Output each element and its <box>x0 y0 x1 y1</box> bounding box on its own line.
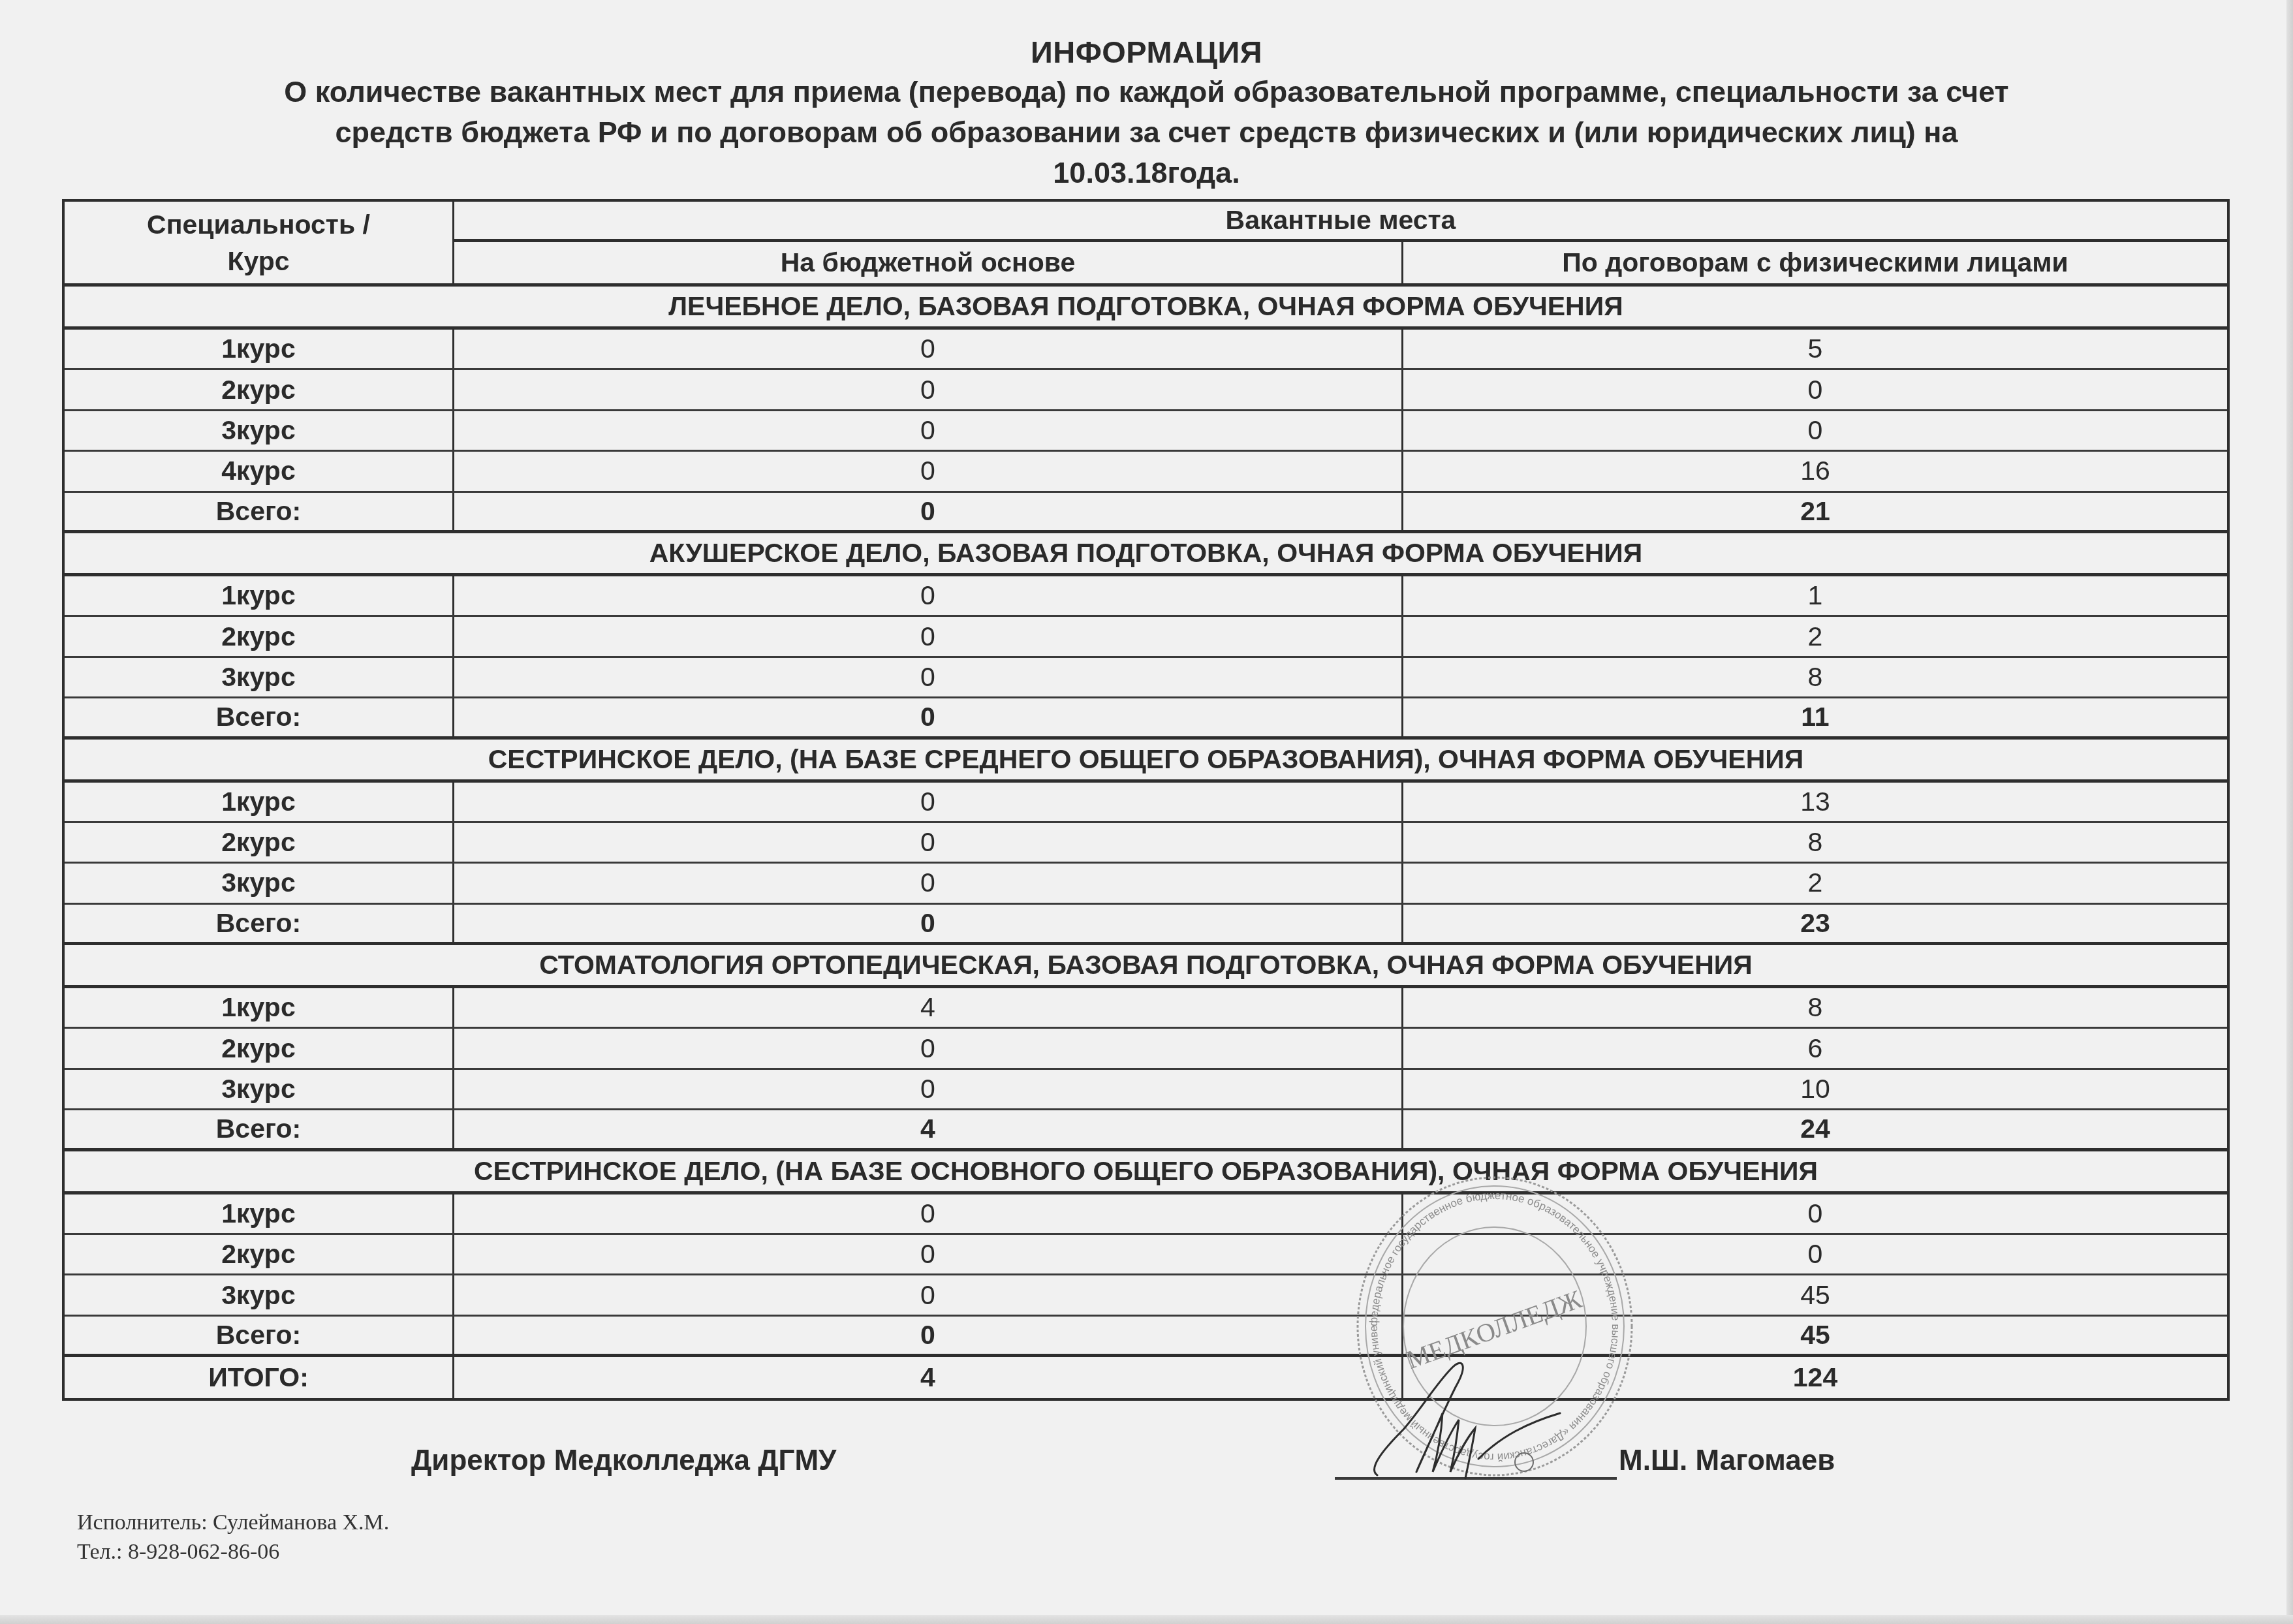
contract-value: 2 <box>1403 864 2227 902</box>
contract-value: 8 <box>1403 658 2227 696</box>
contract-value: 13 <box>1403 783 2227 821</box>
course-label: Всего: <box>65 1110 454 1148</box>
page-edge <box>2286 0 2293 1624</box>
contract-value: 5 <box>1403 330 2227 368</box>
contract-value: 8 <box>1403 823 2227 862</box>
header-contract: По договорам с физическими лицами <box>1403 242 2227 283</box>
signature-line <box>1335 1477 1617 1480</box>
contract-value: 6 <box>1403 1029 2227 1067</box>
table-row: 3курс010 <box>65 1070 2227 1110</box>
course-label: 3курс <box>65 658 454 696</box>
director-position: Директор Медколледжа ДГМУ <box>411 1444 836 1477</box>
contract-value: 0 <box>1403 1235 2227 1273</box>
table-row: 3курс045 <box>65 1275 2227 1316</box>
header-course-label: Курс <box>227 243 289 279</box>
budget-value: 4 <box>454 1110 1403 1148</box>
contract-value: 21 <box>1403 493 2227 530</box>
course-label: 1курс <box>65 1195 454 1233</box>
section-title: АКУШЕРСКОЕ ДЕЛО, БАЗОВАЯ ПОДГОТОВКА, ОЧН… <box>65 533 2227 576</box>
course-label: 3курс <box>65 864 454 902</box>
course-label: 2курс <box>65 370 454 409</box>
budget-value: 0 <box>454 1275 1403 1314</box>
course-label: 2курс <box>65 823 454 862</box>
course-label: Всего: <box>65 1317 454 1354</box>
budget-value: 0 <box>454 658 1403 696</box>
course-label: Всего: <box>65 698 454 736</box>
subtitle-line: 10.03.18года. <box>98 153 2195 193</box>
budget-value: 0 <box>454 1235 1403 1273</box>
budget-value: 0 <box>454 698 1403 736</box>
contract-value: 10 <box>1403 1070 2227 1108</box>
budget-value: 0 <box>454 1195 1403 1233</box>
section-total-row: Всего:424 <box>65 1110 2227 1151</box>
contract-value: 23 <box>1403 905 2227 942</box>
subtitle-line: О количестве вакантных мест для приема (… <box>98 72 2195 112</box>
budget-value: 0 <box>454 411 1403 450</box>
budget-value: 0 <box>454 1317 1403 1354</box>
table-row: 3курс00 <box>65 411 2227 452</box>
table-row: 1курс48 <box>65 988 2227 1029</box>
director-name: М.Ш. Магомаев <box>1619 1444 1835 1477</box>
budget-value: 0 <box>454 1029 1403 1067</box>
grand-total-budget: 4 <box>454 1357 1403 1398</box>
header-vacancies-group: Вакантные места На бюджетной основе По д… <box>454 202 2227 283</box>
table-body: ЛЕЧЕБНОЕ ДЕЛО, БАЗОВАЯ ПОДГОТОВКА, ОЧНАЯ… <box>65 287 2227 1398</box>
course-label: 1курс <box>65 783 454 821</box>
budget-value: 0 <box>454 576 1403 615</box>
section-title: СТОМАТОЛОГИЯ ОРТОПЕДИЧЕСКАЯ, БАЗОВАЯ ПОД… <box>65 945 2227 988</box>
table-row: 2курс02 <box>65 617 2227 657</box>
course-label: 3курс <box>65 1275 454 1314</box>
course-label: 2курс <box>65 1029 454 1067</box>
executor-phone: Тел.: 8-928-062-86-06 <box>77 1537 389 1567</box>
contract-value: 24 <box>1403 1110 2227 1148</box>
budget-value: 0 <box>454 783 1403 821</box>
header-vacancies: Вакантные места <box>454 202 2227 242</box>
course-label: 2курс <box>65 617 454 655</box>
course-label: 2курс <box>65 1235 454 1273</box>
section-title: ЛЕЧЕБНОЕ ДЕЛО, БАЗОВАЯ ПОДГОТОВКА, ОЧНАЯ… <box>65 287 2227 330</box>
table-row: 1курс00 <box>65 1195 2227 1235</box>
table-row: 4курс016 <box>65 452 2227 492</box>
table-row: 3курс02 <box>65 864 2227 904</box>
header-subcolumns: На бюджетной основе По договорам с физич… <box>454 242 2227 283</box>
course-label: 1курс <box>65 988 454 1027</box>
header-specialty-course: Специальность / Курс <box>65 202 454 283</box>
budget-value: 0 <box>454 864 1403 902</box>
document-subtitle: О количестве вакантных мест для приема (… <box>98 72 2195 193</box>
document-title: ИНФОРМАЦИЯ <box>0 34 2293 70</box>
vacancies-table: Специальность / Курс Вакантные места На … <box>62 199 2230 1401</box>
budget-value: 0 <box>454 1070 1403 1108</box>
subtitle-line: средств бюджета РФ и по договорам об обр… <box>98 112 2195 153</box>
table-row: 2курс08 <box>65 823 2227 864</box>
table-header: Специальность / Курс Вакантные места На … <box>65 202 2227 287</box>
contract-value: 11 <box>1403 698 2227 736</box>
grand-total-row: ИТОГО:4124 <box>65 1357 2227 1398</box>
executor-info: Исполнитель: Сулейманова Х.М. Тел.: 8-92… <box>77 1508 389 1567</box>
contract-value: 2 <box>1403 617 2227 655</box>
course-label: Всего: <box>65 493 454 530</box>
course-label: 3курс <box>65 411 454 450</box>
budget-value: 0 <box>454 452 1403 490</box>
table-row: 2курс06 <box>65 1029 2227 1069</box>
header-specialty-label: Специальность / <box>147 206 370 243</box>
course-label: 1курс <box>65 330 454 368</box>
budget-value: 0 <box>454 823 1403 862</box>
contract-value: 0 <box>1403 1195 2227 1233</box>
table-row: 2курс00 <box>65 1235 2227 1275</box>
course-label: 1курс <box>65 576 454 615</box>
executor-name: Исполнитель: Сулейманова Х.М. <box>77 1508 389 1537</box>
section-total-row: Всего:011 <box>65 698 2227 739</box>
section-total-row: Всего:045 <box>65 1317 2227 1357</box>
budget-value: 0 <box>454 905 1403 942</box>
table-row: 3курс08 <box>65 658 2227 698</box>
header-budget: На бюджетной основе <box>454 242 1403 283</box>
grand-total-label: ИТОГО: <box>65 1357 454 1398</box>
contract-value: 8 <box>1403 988 2227 1027</box>
contract-value: 0 <box>1403 370 2227 409</box>
course-label: Всего: <box>65 905 454 942</box>
section-title: СЕСТРИНСКОЕ ДЕЛО, (НА БАЗЕ ОСНОВНОГО ОБЩ… <box>65 1151 2227 1195</box>
table-row: 1курс01 <box>65 576 2227 617</box>
section-title: СЕСТРИНСКОЕ ДЕЛО, (НА БАЗЕ СРЕДНЕГО ОБЩЕ… <box>65 740 2227 783</box>
table-row: 1курс013 <box>65 783 2227 823</box>
grand-total-contract: 124 <box>1403 1357 2227 1398</box>
table-row: 2курс00 <box>65 370 2227 411</box>
budget-value: 0 <box>454 330 1403 368</box>
contract-value: 1 <box>1403 576 2227 615</box>
page-edge <box>0 1615 2293 1624</box>
budget-value: 0 <box>454 617 1403 655</box>
table-row: 1курс05 <box>65 330 2227 370</box>
contract-value: 45 <box>1403 1275 2227 1314</box>
contract-value: 45 <box>1403 1317 2227 1354</box>
budget-value: 0 <box>454 493 1403 530</box>
contract-value: 0 <box>1403 411 2227 450</box>
course-label: 4курс <box>65 452 454 490</box>
budget-value: 0 <box>454 370 1403 409</box>
section-total-row: Всего:023 <box>65 905 2227 945</box>
course-label: 3курс <box>65 1070 454 1108</box>
contract-value: 16 <box>1403 452 2227 490</box>
section-total-row: Всего:021 <box>65 493 2227 533</box>
budget-value: 4 <box>454 988 1403 1027</box>
